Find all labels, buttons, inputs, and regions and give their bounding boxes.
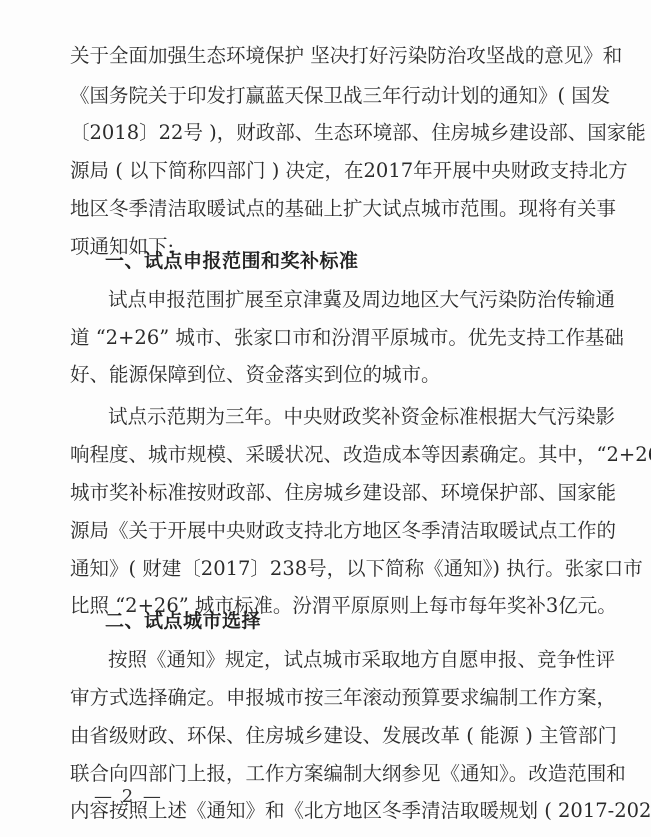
document-page: 关于全面加强生态环境保护 坚决打好污染防治攻坚战的意见》和 《国务院关于印发打赢…	[0, 0, 651, 837]
body-line: 试点申报范围扩展至京津冀及周边地区大气污染防治传输通	[108, 288, 578, 312]
body-line: 〔2018〕22号 )，财政部、生态环境部、住房城乡建设部、国家能	[70, 121, 578, 145]
body-line: 由省级财政、环保、住房城乡建设、发展改革 ( 能源 ) 主管部门	[70, 724, 578, 748]
section-heading-1: 一、试点申报范围和奖补标准	[105, 249, 359, 273]
body-line: 《国务院关于印发打赢蓝天保卫战三年行动计划的通知》( 国发	[70, 84, 578, 108]
body-line: 试点示范期为三年。中央财政奖补资金标准根据大气污染影	[108, 405, 578, 429]
body-line: 通知》( 财建〔2017〕238号，以下简称《通知》) 执行。张家口市	[70, 557, 578, 581]
body-line: 联合向四部门上报，工作方案编制大纲参见《通知》。改造范围和	[70, 762, 578, 786]
body-line: 好、能源保障到位、资金落实到位的城市。	[70, 363, 578, 387]
body-line: 源局 ( 以下简称四部门 ) 决定，在2017年开展中央财政支持北方	[70, 159, 578, 183]
body-line: 城市奖补标准按财政部、住房城乡建设部、环境保护部、国家能	[70, 481, 578, 505]
body-line: 按照《通知》规定，试点城市采取地方自愿申报、竞争性评	[108, 648, 578, 672]
body-line: 地区冬季清洁取暖试点的基础上扩大试点城市范围。现将有关事	[70, 197, 578, 221]
body-line: 审方式选择确定。申报城市按三年滚动预算要求编制工作方案，	[70, 686, 578, 710]
section-heading-2: 二、试点城市选择	[105, 609, 261, 633]
body-line: 道 “2+26” 城市、张家口市和汾渭平原城市。优先支持工作基础	[70, 326, 578, 350]
page-number: — 2 —	[94, 786, 163, 808]
body-line: 响程度、城市规模、采暖状况、改造成本等因素确定。其中，“2+26”	[70, 443, 578, 467]
body-line: 关于全面加强生态环境保护 坚决打好污染防治攻坚战的意见》和	[70, 44, 578, 68]
body-line: 源局《关于开展中央财政支持北方地区冬季清洁取暖试点工作的	[70, 519, 578, 543]
